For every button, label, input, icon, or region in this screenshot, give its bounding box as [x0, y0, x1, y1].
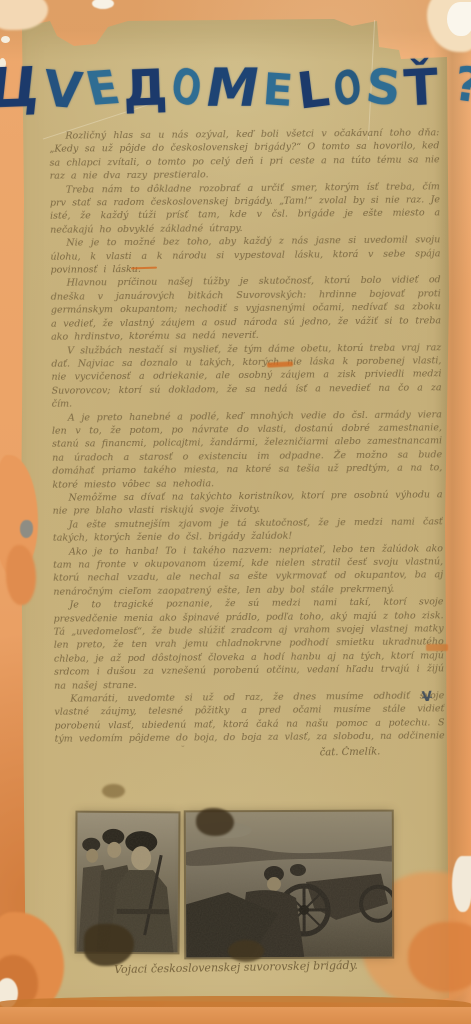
- title-letter: O: [168, 60, 205, 116]
- paragraph: Treba nám to dôkladne rozobrať a určiť s…: [50, 180, 440, 237]
- paragraph: Kamaráti, uvedomte si už od raz, že dnes…: [54, 689, 444, 747]
- title-letter: Д: [122, 62, 168, 114]
- paragraph: A je preto hanebné a podlé, keď mnohých …: [52, 408, 443, 492]
- title-letter: V: [42, 63, 85, 116]
- article-body: Rozličný hlas sa u nás ozýval, keď boli …: [49, 126, 444, 747]
- field-gun-illustration: [186, 812, 393, 958]
- title-letter: E: [82, 64, 124, 112]
- paragraph: Nie je to možné bez toho, aby každý z ná…: [50, 234, 440, 278]
- title-letter: M: [201, 62, 263, 115]
- title-letter: E: [261, 68, 294, 114]
- photo-field-gun: [186, 812, 393, 958]
- title-letter: Ť: [403, 62, 440, 114]
- title-letter: Ц: [0, 60, 43, 117]
- paragraph: Ja ešte smutnejším zjavom je tá skutočno…: [53, 515, 443, 545]
- paragraph: Nemôžme sa dívať na takýchto koristníkov…: [52, 488, 442, 518]
- page-title: Ц V E Д O M E L O S Ť ?: [30, 44, 441, 132]
- soldiers-illustration: [77, 813, 179, 953]
- title-letter: S: [363, 62, 402, 113]
- poster-scan: Ц V E Д O M E L O S Ť ? Rozličný hlas sa…: [0, 0, 471, 1024]
- paragraph: Hlavnou príčinou našej túžby je skutočno…: [51, 274, 442, 344]
- paragraph: Ako je to hanba! To i takého nazvem: nep…: [53, 542, 443, 599]
- margin-mark: V: [421, 690, 432, 706]
- paragraph: Je to tragické poznanie, že sú medzi nam…: [53, 596, 444, 693]
- paragraph: Rozličný hlas sa u nás ozýval, keď boli …: [49, 126, 439, 183]
- paragraph: V službách nestačí si myslieť, že tým dá…: [51, 341, 442, 411]
- orange-underline: [426, 644, 448, 651]
- bottom-paint-stripe: [0, 1007, 471, 1024]
- title-letter: L: [294, 63, 332, 117]
- title-letter: O: [330, 61, 364, 115]
- photo-soldiers-portrait: [77, 813, 179, 953]
